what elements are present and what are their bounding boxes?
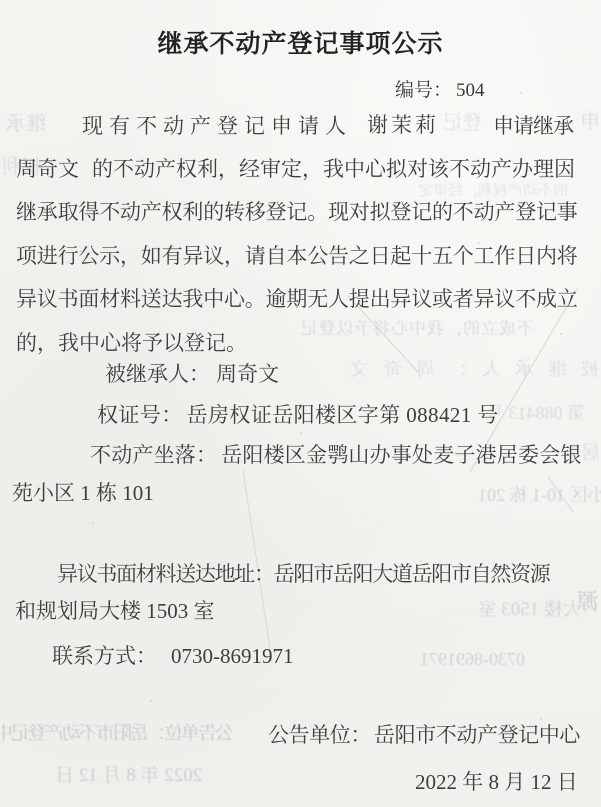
field-contact-value: 0730-8691971 <box>157 644 294 668</box>
paragraph-line1-suffix: 申请继承 <box>493 114 573 138</box>
bleed-through-text: 大楼 1503 室 <box>480 600 582 621</box>
bleed-through-text: 不成立的，我中心将予以登记 <box>300 320 534 339</box>
paragraph-line6: 的，我中心将予以登记。 <box>16 331 247 355</box>
field-certificate-value: 岳房权证岳阳楼区字第 088421 号 <box>183 403 499 427</box>
field-objection-address-line2: 和规划局大楼 1503 室 <box>15 599 215 623</box>
paragraph-line2: 周奇文的不动产权利，经审定，我中心拟对该不动产办理因 <box>16 157 575 181</box>
decedent-name-inline: 周奇文 <box>16 157 79 181</box>
field-objection-address-label: 异议书面材料送达地址： <box>57 562 274 586</box>
issue-date: 2022 年 8 月 12 日 <box>415 770 578 794</box>
field-property-location-line2: 苑小区 1 栋 101 <box>12 481 154 505</box>
paragraph-line5: 异议书面材料送达我中心。逾期无人提出异议或者异议不成立 <box>16 287 578 311</box>
bleed-through-text: 继承 <box>6 113 46 135</box>
issuer-line: 公告单位：岳阳市不动产登记中心 <box>268 723 580 747</box>
page-title: 继承不动产登记事项公示 <box>0 30 601 59</box>
bleed-through-text: 登记 <box>443 112 483 134</box>
field-property-location-value1: 岳阳楼区金鹗山办事处麦子港居委会银 <box>217 443 581 467</box>
bleed-through-text: 第 088413 号 <box>486 404 585 424</box>
field-contact: 联系方式：0730-8691971 <box>52 644 294 668</box>
doc-number-label: 编号： <box>395 80 452 101</box>
field-objection-address-value1: 岳阳市岳阳大道岳阳市自然资源 <box>274 562 550 586</box>
bleed-through-text: 公告单位：岳阳市不动产登记中心 <box>2 724 234 745</box>
field-contact-label: 联系方式： <box>52 644 157 668</box>
paragraph-line2-rest: 的不动产权利，经审定，我中心拟对该不动产办理因 <box>92 157 575 181</box>
issuer-label: 公告单位： <box>268 723 371 747</box>
field-decedent: 被继承人：周奇文 <box>105 362 279 386</box>
paper-noise-speckles <box>0 0 2 2</box>
field-decedent-value: 周奇文 <box>210 362 279 386</box>
field-certificate-label: 权证号： <box>97 403 183 427</box>
bleed-through-text: 的不动产权利，经审定 <box>382 183 568 200</box>
field-decedent-label: 被继承人： <box>105 362 210 386</box>
field-property-location-label: 不动产坐落： <box>90 443 217 467</box>
doc-number: 编号：504 <box>395 80 485 102</box>
paragraph-line3: 继承取得不动产权利的转移登记。现对拟登记的不动产登记事 <box>16 200 578 224</box>
applicant-name: 谢茉莉 <box>367 113 439 137</box>
issuer-name: 岳阳市不动产登记中心 <box>371 723 580 747</box>
field-objection-address-line1: 异议书面材料送达地址：岳阳市岳阳大道岳阳市自然资源 <box>57 562 550 586</box>
bleed-through-text: 小区 10-1 栋 201 <box>478 486 601 506</box>
paragraph-line4: 项进行公示，如有异议，请自本公告之日起十五个工作日内将 <box>16 244 578 268</box>
bleed-through-text: 被继承人：周奇文 <box>312 360 600 381</box>
paragraph-line1-prefix: 现有不动产登记申请人 <box>82 114 352 138</box>
bleed-through-text: 2022 年 8 月 12 日 <box>55 766 202 787</box>
scanned-notice-page: 继承 登记 申 权利 的不动产权利，经审定 不成立的，我中心将予以登记 被继承人… <box>0 0 601 807</box>
bleed-through-text: 申 <box>580 111 600 133</box>
doc-number-value: 504 <box>452 80 485 101</box>
field-certificate-number: 权证号：岳房权证岳阳楼区字第 088421 号 <box>97 403 499 427</box>
bleed-through-text: 0730-8691971 <box>420 650 525 670</box>
field-property-location-line1: 不动产坐落：岳阳楼区金鹗山办事处麦子港居委会银 <box>90 443 582 467</box>
